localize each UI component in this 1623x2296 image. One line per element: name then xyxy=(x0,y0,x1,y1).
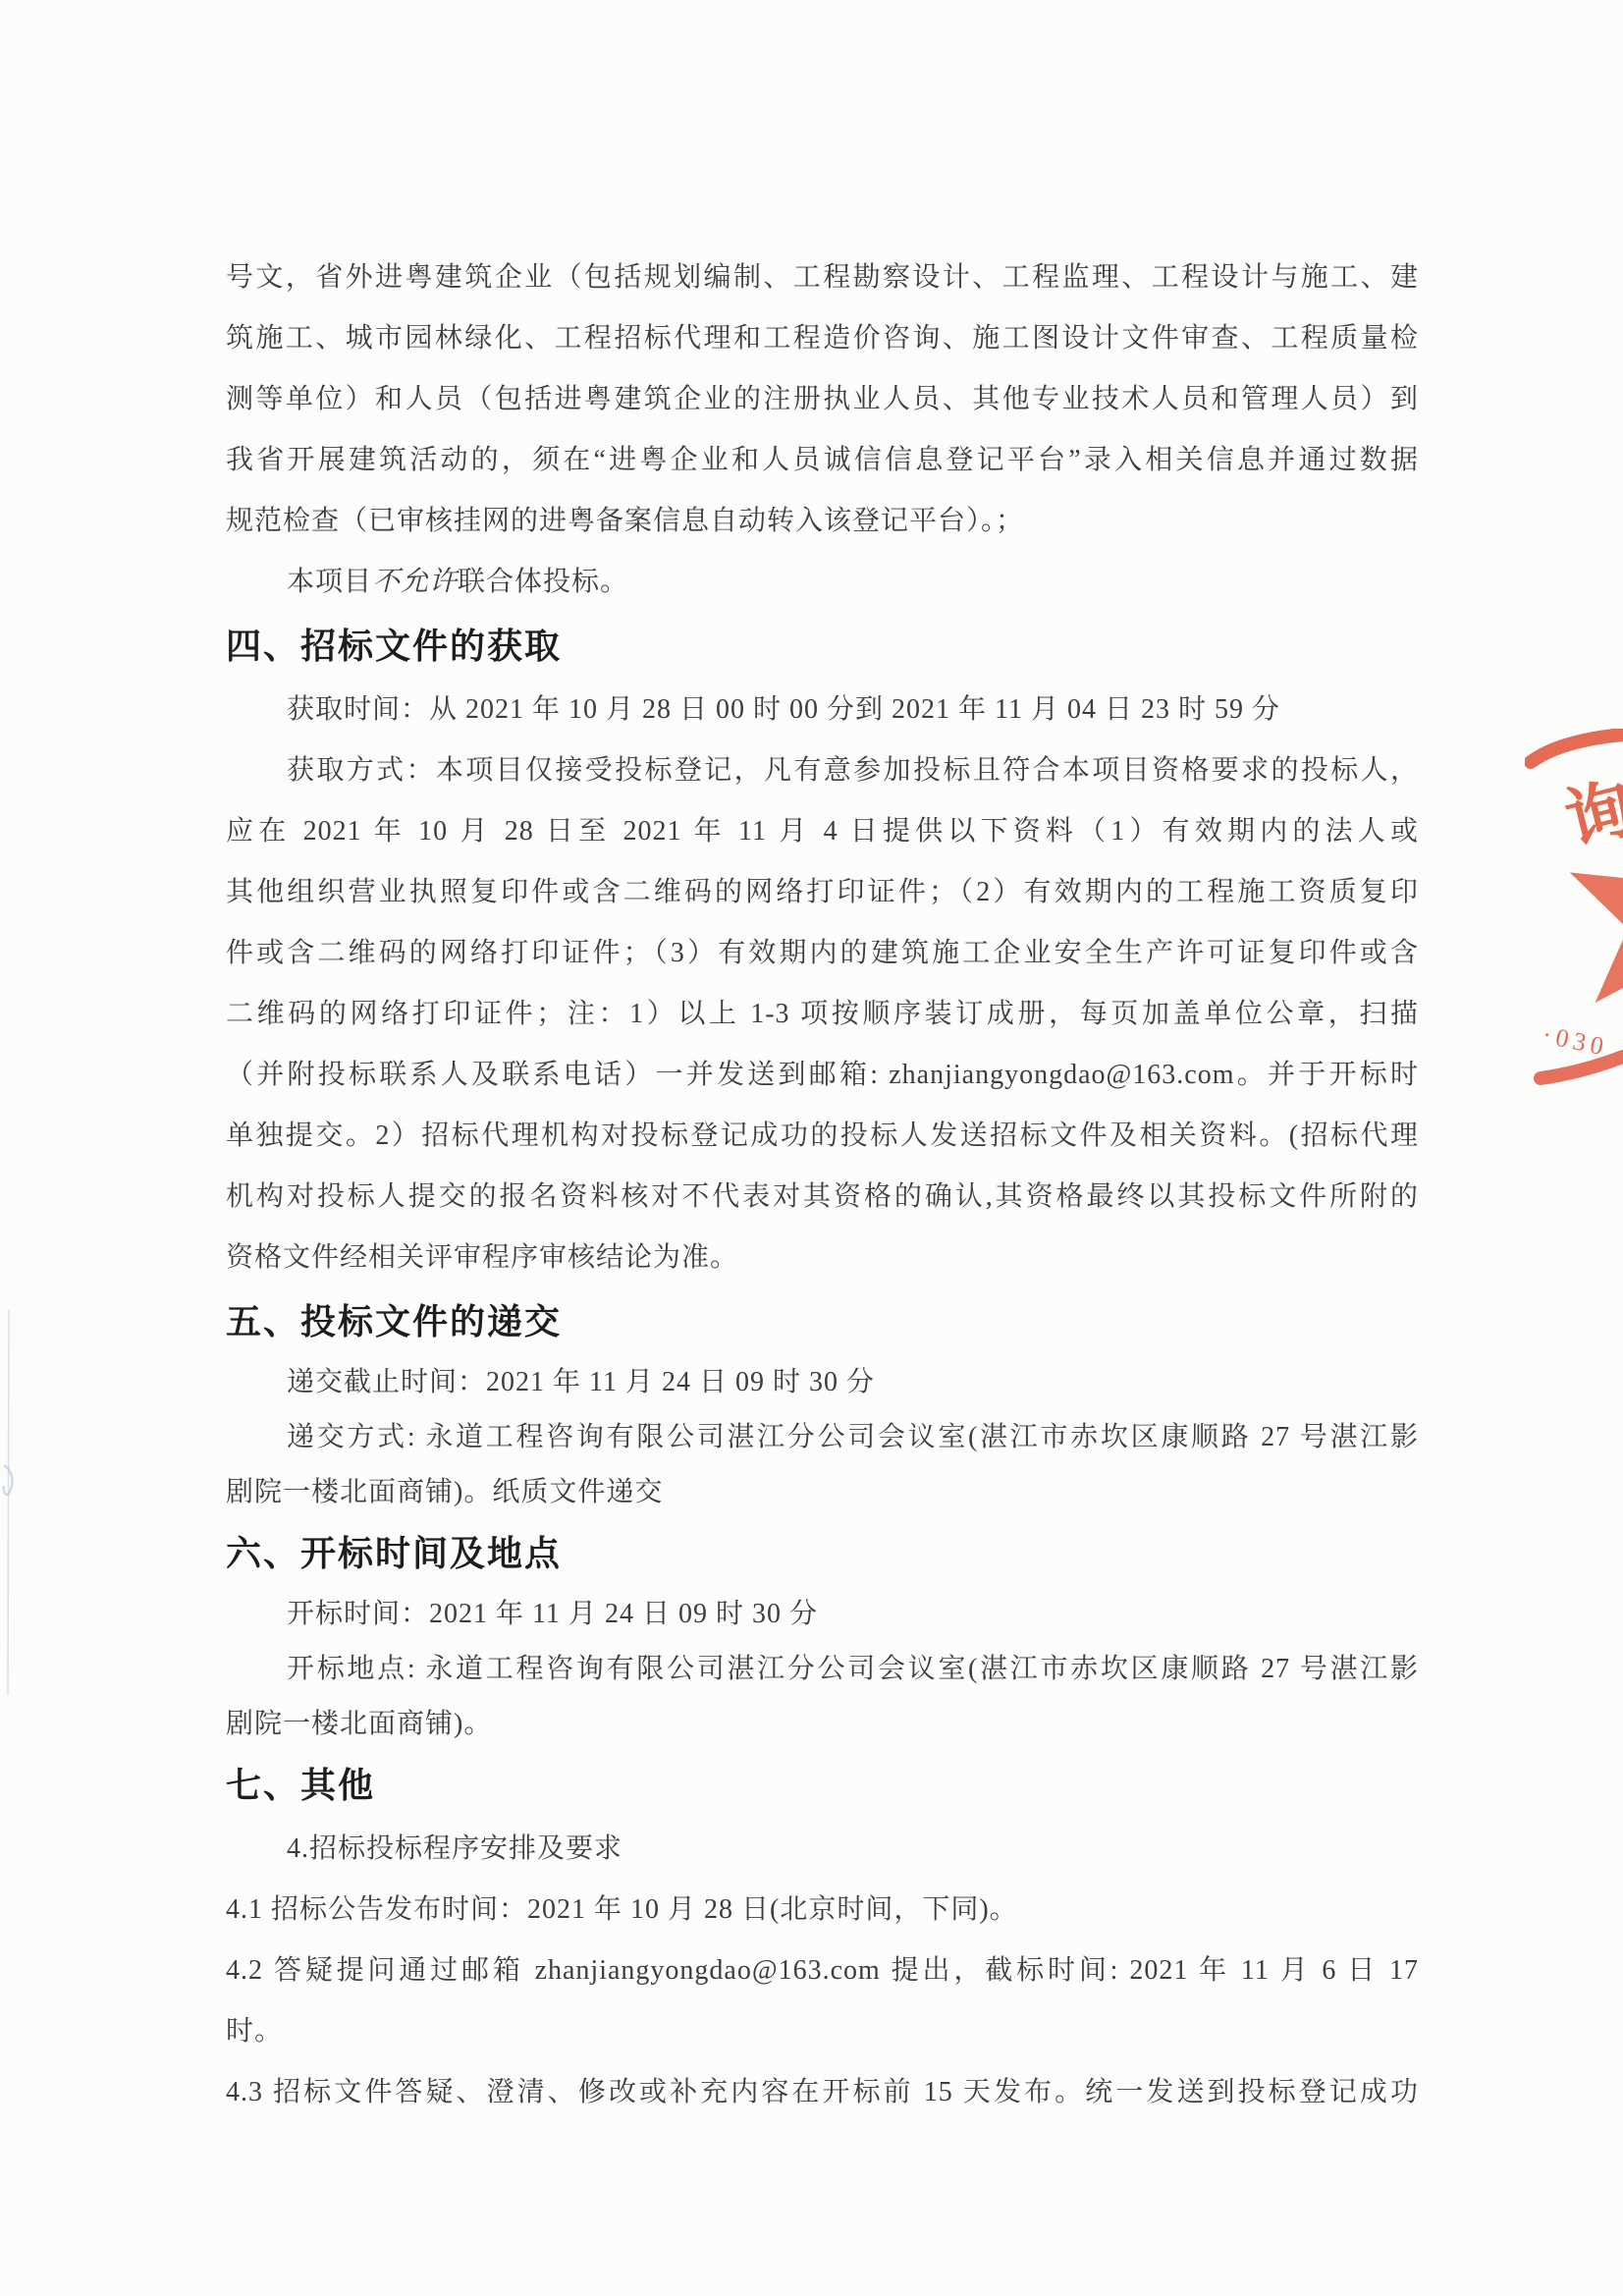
paragraph-line: 我省开展建筑活动的，须在“进粤企业和人员诚信信息登记平台”录入相关信息并通过数据 xyxy=(226,430,1419,491)
jv-text-pre: 本项目 xyxy=(287,567,372,597)
paragraph-line: 件或含二维码的网络打印证件；（3）有效期内的建筑施工企业安全生产许可证复印件或含 xyxy=(226,923,1419,984)
submission-method-line: 递交方式: 永道工程咨询有限公司湛江分公司会议室(湛江市赤坎区康顺路 27 号湛… xyxy=(226,1410,1419,1465)
opening-place-line: 开标地点: 永道工程咨询有限公司湛江分公司会议室(湛江市赤坎区康顺路 27 号湛… xyxy=(226,1642,1419,1697)
opening-address-line: 剧院一楼北面商铺)。 xyxy=(226,1697,1419,1752)
section-five-heading: 五、投标文件的递交 xyxy=(226,1288,1419,1355)
paragraph-line: 筑施工、城市园林绿化、工程招标代理和工程造价咨询、施工图设计文件审查、工程质量检 xyxy=(226,308,1419,369)
paragraph-line: 测等单位）和人员（包括进粤建筑企业的注册执业人员、其他专业技术人员和管理人员）到 xyxy=(226,369,1419,430)
opening-time-line: 开标时间：2021 年 11 月 24 日 09 时 30 分 xyxy=(226,1587,1419,1642)
submission-deadline-line: 递交截止时间：2021 年 11 月 24 日 09 时 30 分 xyxy=(226,1355,1419,1410)
item-4-2-line: 4.2 答疑提问通过邮箱 zhanjiangyongdao@163.com 提出… xyxy=(226,1941,1419,2001)
paragraph-line: 资格文件经相关评审程序审核结论为准。 xyxy=(226,1228,1419,1288)
section-bid-document-acquisition: 四、招标文件的获取 获取时间：从 2021 年 10 月 28 日 00 时 0… xyxy=(226,613,1419,1288)
seal-digits: ·030 xyxy=(1540,1020,1610,1062)
document-body: 号文，省外进粤建筑企业（包括规划编制、工程勘察设计、工程监理、工程设计与施工、建… xyxy=(226,0,1419,2123)
paragraph-line: 其他组织营业执照复印件或含二维码的网络打印证件；（2）有效期内的工程施工资质复印 xyxy=(226,862,1419,923)
seal-char: 询 xyxy=(1558,770,1623,858)
scan-edge-artifact xyxy=(0,1306,16,1699)
jv-text-post: 联合体投标。 xyxy=(458,567,628,597)
paragraph-line-with-email: （并附投标联系人及联系电话）一并发送到邮箱: zhanjiangyongdao@… xyxy=(226,1045,1419,1106)
acquisition-time-line: 获取时间：从 2021 年 10 月 28 日 00 时 00 分到 2021 … xyxy=(226,680,1419,740)
paragraph-line: 规范检查（已审核挂网的进粤备案信息自动转入该登记平台）。； xyxy=(226,491,1419,552)
scanned-document-page: 号文，省外进粤建筑企业（包括规划编制、工程勘察设计、工程监理、工程设计与施工、建… xyxy=(0,0,1623,2296)
submission-address-line: 剧院一楼北面商铺)。纸质文件递交 xyxy=(226,1465,1419,1520)
seal-bottom-arc xyxy=(1541,1057,1623,1078)
paragraph-continuation: 号文，省外进粤建筑企业（包括规划编制、工程勘察设计、工程监理、工程设计与施工、建… xyxy=(226,247,1419,613)
section-bid-submission: 五、投标文件的递交 递交截止时间：2021 年 11 月 24 日 09 时 3… xyxy=(226,1288,1419,1520)
section-other: 七、其他 4.招标投标程序安排及要求 4.1 招标公告发布时间：2021 年 1… xyxy=(226,1752,1419,2123)
paragraph-line: 号文，省外进粤建筑企业（包括规划编制、工程勘察设计、工程监理、工程设计与施工、建 xyxy=(226,247,1419,308)
section-four-heading: 四、招标文件的获取 xyxy=(226,613,1419,680)
paragraph-line: 机构对投标人提交的报名资料核对不代表对其资格的确认,其资格最终以其投标文件所附的 xyxy=(226,1167,1419,1228)
paragraph-line: 单独提交。2）招标代理机构对投标登记成功的投标人发送招标文件及相关资料。(招标代… xyxy=(226,1106,1419,1167)
paragraph-line: 应在 2021 年 10 月 28 日至 2021 年 11 月 4 日提供以下… xyxy=(226,801,1419,862)
procedure-title-line: 4.招标投标程序安排及要求 xyxy=(226,1819,1419,1880)
section-seven-heading: 七、其他 xyxy=(226,1752,1419,1819)
item-4-3-line: 4.3 招标文件答疑、澄清、修改或补充内容在开标前 15 天发布。统一发送到投标… xyxy=(226,2062,1419,2123)
red-seal-stamp: 询 ·030 xyxy=(1525,729,1623,1092)
jv-text-not-allowed: 不允许 xyxy=(372,567,458,597)
acquisition-method-line: 获取方式：本项目仅接受投标登记，凡有意参加投标且符合本项目资格要求的投标人， xyxy=(226,740,1419,801)
item-4-2-tail-line: 时。 xyxy=(226,2001,1419,2062)
seal-top-arc xyxy=(1531,735,1623,762)
no-joint-venture-line: 本项目不允许联合体投标。 xyxy=(226,552,1419,613)
section-bid-opening: 六、开标时间及地点 开标时间：2021 年 11 月 24 日 09 时 30 … xyxy=(226,1520,1419,1752)
paragraph-line: 二维码的网络打印证件；注：1）以上 1-3 项按顺序装订成册，每页加盖单位公章，… xyxy=(226,984,1419,1045)
section-six-heading: 六、开标时间及地点 xyxy=(226,1520,1419,1587)
item-4-1-line: 4.1 招标公告发布时间：2021 年 10 月 28 日(北京时间，下同)。 xyxy=(226,1880,1419,1941)
